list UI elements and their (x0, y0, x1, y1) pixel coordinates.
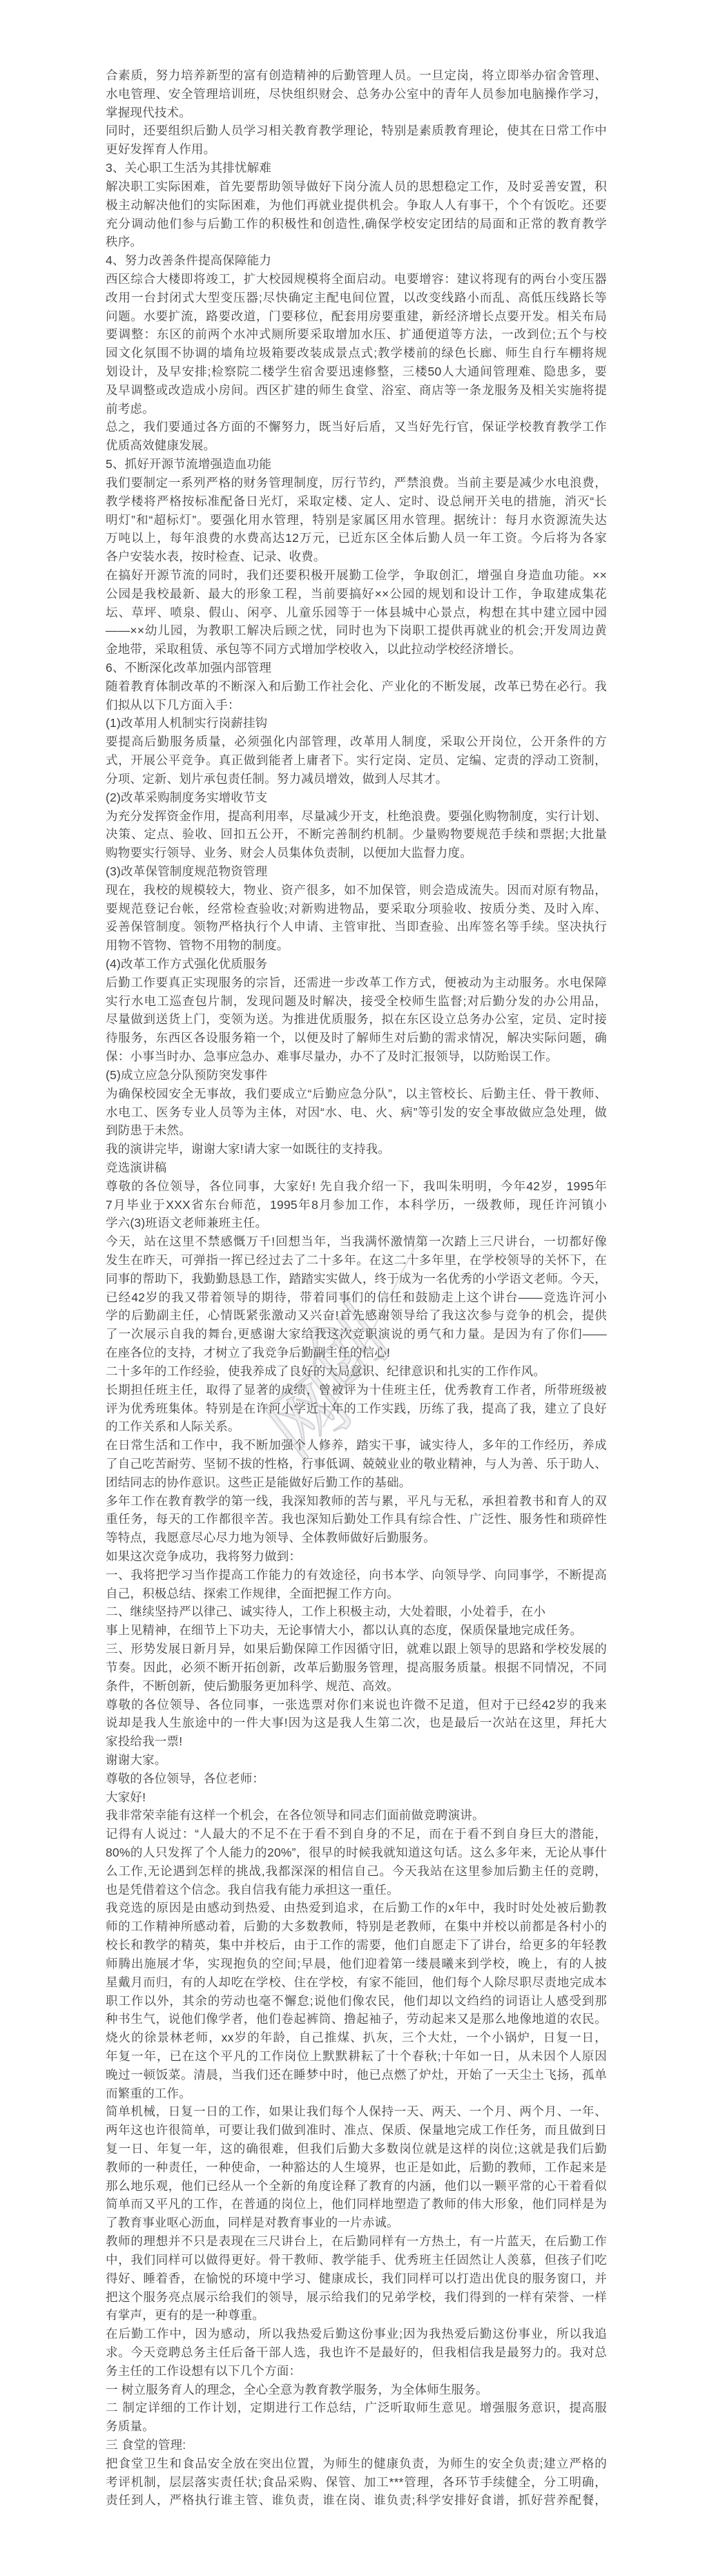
text-line: 西区综合大楼即将竣工，扩大校园规模将全面启动。电要增容：建议将现有的两台小变压器 (106, 270, 607, 289)
text-line: 种书生气，说他们像学者，他们卷起裤筒、撸起袖子，劳动起来又是那么地像地道的农民。 (106, 2010, 607, 2028)
text-line: 的工作关系和人际关系。 (106, 1417, 607, 1436)
text-line: 同事的帮助下，我勤勤恳恳工作，踏踏实实做人，终于成为一名优秀的小学语文老师。今天… (106, 1270, 607, 1288)
text-line: 后勤工作要真正实现服务的宗旨，还需进一步改革工作方式，便被动为主动服务。水电保障 (106, 974, 607, 992)
text-line: 师腾出施展才华，实现抱负的空间;早晨，他们迎着第一缕晨曦来到学校，晚上，有的人披 (106, 1955, 607, 1973)
text-line: 我竞选的原因是由感动到热爱、由热爱到追求，在后勤工作的x年中，我时时处处被后勤教 (106, 1899, 607, 1917)
text-line: 也是凭借着这个信念。我自信我有能力承担这一重任。 (106, 1881, 607, 1899)
text-line: 重任务，每天的工作都很辛苦。我也深知后勤处工作具有综合性、广泛性、服务性和琐碎性 (106, 1510, 607, 1529)
text-line: 二 制定详细的工作计划，定期进行工作总结，广泛听取师生意见。增强服务意识，提高服 (106, 2399, 607, 2417)
text-line: 4、努力改善条件提高保障能力 (106, 251, 607, 270)
text-line: 星戴月而归，有的人却吃在学校、住在学校，有家不能回，他们每个人除尽职尽责地完成本 (106, 1973, 607, 1992)
text-line: 优质高效健康发展。 (106, 436, 607, 455)
text-line: 购物要实行领导、业务、财会人员集体负责制，以便加大监督力度。 (106, 844, 607, 862)
document-page: 创 网 合素质，努力培养新型的富有创造精神的后勤管理人员。一旦定岗，将立即举办宿… (0, 0, 707, 2576)
document-body: 合素质，努力培养新型的富有创造精神的后勤管理人员。一旦定岗，将立即举办宿舍管理、… (106, 66, 607, 2510)
text-line: 在搞好开源节流的同时，我们还要积极开展勤工俭学，争取创汇，增强自身造血功能。×× (106, 566, 607, 585)
text-line: 妥善保管制度。领物严格执行个人申请、主管审批、当即查验、出库签名等手续。坚决执行 (106, 918, 607, 936)
text-line: 7月毕业于XXX省东台师范，1995年8月参加工作，本科学历，一级教师，现任许河… (106, 1196, 607, 1214)
text-line: 在后勤工作中，因为感动，所以我热爱后勤这份事业;因为我热爱后勤这份事业，所以我追 (106, 2325, 607, 2343)
text-line: 大家好! (106, 1788, 607, 1807)
text-line: 了教育事业呕心沥血，同样是对教育事业的一片赤诚。 (106, 2214, 607, 2232)
text-line: 家投给我一票! (106, 1732, 607, 1751)
text-line: 在日常生活和工作中，我不断加强个人修养，踏实干事，诚实待人，多年的工作经历，养成 (106, 1436, 607, 1455)
text-line: 而繁重的工作。 (106, 2084, 607, 2103)
text-line: 已经42岁的我又带着领导的期待，带着同事们的信任和鼓励走上这个讲台——竞选许河小 (106, 1288, 607, 1307)
text-line: 80%的人只发挥了个人能力的20%”，很早的时候我就知道这句话。这么多年来，无论… (106, 1843, 607, 1862)
text-line: 们拟从以下几方面入手： (106, 696, 607, 715)
text-line: 三 食堂的管理: (106, 2436, 607, 2454)
text-line: 晚过一顿饭菜。清晨，当我们还在睡梦中时，他已点燃了炉灶，开始了一天尘土飞扬，孤单 (106, 2066, 607, 2084)
text-line: (1)改革用人机制实行岗薪挂钩 (106, 714, 607, 733)
text-line: 务质量。 (106, 2417, 607, 2436)
text-line: 充分调动他们参与后勤工作的积极性和创造性,确保学校安定团结的局面和正常的教育教学 (106, 215, 607, 233)
text-line: 用物不管物、管物不用物的制度。 (106, 936, 607, 955)
text-line: 两年这也许很简单，可要让我们做到准时、准点、保质、保量地完成工作任务，而且做到日 (106, 2121, 607, 2140)
text-line: 求。今天竞聘总务主任后备干部人选，我也许不是最好的，但我相信我是最努力的。我对总 (106, 2343, 607, 2362)
text-line: 公园是我校最新、最大的形象工程，当前要搞好××公园的规划和设计工作，争取建成集花 (106, 585, 607, 603)
text-line: 那么地乐观，他们已经从一个全新的角度诠释了教育的内涵，他们以一颗平常的心干着看似 (106, 2177, 607, 2196)
text-line: ——××幼儿园，为教职工解决后顾之忧，同时也为下岗职工提供再就业的机会;开发周边… (106, 621, 607, 640)
text-line: 评为优秀班集体。特别是在许河小学近十年的工作实践，历练了我，提高了我，建立了良好 (106, 1400, 607, 1418)
text-line: 事上见精神，在细节上下功夫，无论事情大小，都以认真的态度，保质保量地完成任务。 (106, 1621, 607, 1640)
text-line: 务主任的工作设想有以下几个方面： (106, 2362, 607, 2381)
text-line: 随着教育体制改革的不断深入和后勤工作社会化、产业化的不断发展，改革已势在必行。我 (106, 677, 607, 696)
text-line: 更好发挥育人作用。 (106, 140, 607, 159)
text-line: 各户安装水表，按时检查、记录、收费。 (106, 548, 607, 566)
text-line: 尊敬的各位领导，各位同事，大家好! 先自我介绍一下，我叫朱明明，今年42岁，19… (106, 1177, 607, 1196)
text-line: 金地带，采取租赁、承包等不同方式增加学校收入，以此拉动学校经济增长。 (106, 640, 607, 659)
text-line: 了一次展示自我的舞台,更感谢大家给我这次竞职演说的勇气和力量。是因为有了你们—— (106, 1325, 607, 1344)
text-line: 教师的一种责任，一种使命，一种豁达的人生境界，也正是如此，后勤的教师，工作起来是 (106, 2158, 607, 2177)
text-line: 一、我将把学习当作提高工作能力的有效途径，向书本学、向领导学、向同事学，不断提高 (106, 1566, 607, 1585)
text-line: 长期担任班主任，取得了显著的成绩，曾被评为十佳班主任，优秀教育工作者，所带班级被 (106, 1381, 607, 1400)
text-line: 教学楼将严格按标准配备日光灯，采取定楼、定人、定时、设总闸开关电的措施，消灭“长 (106, 492, 607, 511)
text-line: 把食堂卫生和食品安全放在突出位置，为师生的健康负责，为师生的安全负责;建立严格的 (106, 2454, 607, 2473)
text-line: 要调整：东区的前两个水冲式厕所要采取增加水压、扩通便道等方法，一改到位;五个与校 (106, 325, 607, 344)
text-line: 三、形势发展日新月异，如果后勤保障工作因循守旧，就难以跟上领导的思路和学校发展的 (106, 1640, 607, 1658)
text-line: 师的工作精神所感动着，后勤的大多数教师，特别是老教师，在集中并校以前都是各村小的 (106, 1917, 607, 1936)
text-line: 秩序。 (106, 233, 607, 251)
text-line: 在座各位的支持，才树立了我竞争后勤副主任的信心! (106, 1344, 607, 1362)
text-line: 校长和教学的精英，集中并校后，由于工作的需要，他们自愿走下了讲台，给更多的年轻教 (106, 1936, 607, 1955)
text-line: 要提高后勤服务质量，必须强化内部管理，改革用人制度，采取公开岗位，公开条件的方 (106, 733, 607, 751)
text-line: 待服务，东西区各设服务箱一个，以便及时了解师生对后勤的需求情况，解决实际问题，确 (106, 1029, 607, 1047)
text-line: 我非常荣幸能有这样一个机会，在各位领导和同志们面前做竞聘演讲。 (106, 1806, 607, 1825)
text-line: 多年工作在教育教学的第一线，我深知教师的苦与累，平凡与无私，承担着教书和育人的双 (106, 1492, 607, 1511)
text-line: 自己，积极总结、探索工作规律，全面把握工作方向。 (106, 1585, 607, 1603)
text-line: 总之，我们要通过各方面的不懈努力，既当好后盾，又当好先行官，保证学校教育教学工作 (106, 418, 607, 436)
text-line: 要规范登记台帐，经常检查验收;对新购进物品，要采取分项验收、按质分类、及时入库、 (106, 900, 607, 918)
text-line: 水电管理、安全管理培训班，尽快组织财会、总务办公室中的青年人员参加电脑操作学习， (106, 85, 607, 104)
text-line: 记得有人说过：“人最大的不足不在于看不到自身的不足，而在于看不到自身巨大的潜能， (106, 1825, 607, 1843)
text-line: 前考虑。 (106, 400, 607, 418)
text-line: 职工作以外，其余的劳动也毫不懈怠;说他们像农民，他们却以文绉绉的词语让人感受到那 (106, 1992, 607, 2011)
text-line: 中，我们同样可以做得更好。骨干教师、教学能手、优秀班主任固然让人羡慕，但孩子们吃 (106, 2251, 607, 2269)
text-line: 水电工、医务专业人员等为主体，对因“水、电、火、病”等引发的安全事故做应急处理，… (106, 1103, 607, 1122)
text-line: 保：小事当时办、急事应急办、难事尽量办，办不了及时汇报领导，以防贻误工作。 (106, 1047, 607, 1066)
text-line: 二、继续坚持严以律己、诚实待人，工作上积极主动，大处着眼，小处着手，在小 (106, 1602, 607, 1621)
text-line: 明灯”和“超标灯”。要强化用水管理，特别是家属区用水管理。据统计：每月水资源流失… (106, 511, 607, 530)
text-line: 一 树立服务育人的理念，全心全意为教育教学服务，为全体师生服务。 (106, 2381, 607, 2399)
text-line: 谢谢大家。 (106, 1751, 607, 1770)
text-line: 为充分发挥资金作用，提高利用率，尽量减少开支，杜绝浪费。要强化购物制度，实行计划… (106, 807, 607, 826)
text-line: 学的后勤副主任，心情既紧张激动又兴奋!首先感谢领导给了我这次参与竞争的机会，提供 (106, 1306, 607, 1325)
text-line: 么工作,无论遇到怎样的挑战,我都深深的相信自己。今天我站在这里参加后勤主任的竞聘… (106, 1862, 607, 1881)
text-line: 划设计，及早安排;检察院二楼学生宿舍要迅速修整，三楼50人大通间管理难、隐患多，… (106, 362, 607, 381)
text-line: 复一日、年复一年，这的确很难，但我们后勤大多数岗位就是这样的岗位;这就是我们后勤 (106, 2140, 607, 2158)
text-line: 节奏。因此，必须不断开拓创新，改革后勤服务管理，提高服务质量。根据不同情况，不同 (106, 1658, 607, 1677)
text-line: 万吨以上，每年浪费的水费高达12万元，已近东区全体后勤人员一年工资。今后将为各家 (106, 529, 607, 548)
text-line: 了自己吃苦耐劳、坚韧不拔的性格，行事低调、兢兢业业的敬业精神，与人为善、乐于助人… (106, 1455, 607, 1473)
text-line: (3)改革保管制度规范物资管理 (106, 862, 607, 881)
text-line: 极主动解决他们的实际困难，为他们再就业提供机会。争取人人有事干，个个有饭吃。还要 (106, 196, 607, 215)
text-line: 尽量做到送货上门，变领为送。为推进优质服务，拟在东区设立总务办公室，定员、定时接 (106, 1010, 607, 1029)
text-line: 现在，我校的规模较大，物业、资产很多，如不加保管，则会造成流失。因而对原有物品， (106, 881, 607, 900)
text-line: 等特点，我愿意尽心尽力地为领导、全体教师做好后勤服务。 (106, 1529, 607, 1547)
text-line: 竞选演讲稿 (106, 1159, 607, 1177)
text-line: 决策、定点、验收、回扣五公开，不断完善制约机制。少量购物要规范手续和票据;大批量 (106, 825, 607, 844)
text-line: 年复一年，已在这个平凡的工作岗位上默默耕耘了十个春秋;十年如一日，从未因个人原因 (106, 2047, 607, 2066)
text-line: 得好、睡着香，在愉悦的环境中学习、健康成长，我们同样可以打造出优良的服务窗口，并 (106, 2269, 607, 2288)
text-line: 同时，还要组织后勤人员学习相关教育教学理论，特别是素质教育理论，使其在日常工作中 (106, 122, 607, 140)
text-line: 到防患于未然。 (106, 1121, 607, 1140)
text-line: (5)成立应急分队预防突发事件 (106, 1066, 607, 1085)
text-line: 及早调整或改造成小房间。西区扩建的师生食堂、浴室、商店等一条龙服务及相关实施将提 (106, 381, 607, 400)
text-line: 条件，不断创新，使后勤服务更加科学、规范、高效。 (106, 1677, 607, 1696)
text-line: 解决职工实际困难，首先要帮助领导做好下岗分流人员的思想稳定工作，及时妥善安置，积 (106, 177, 607, 196)
text-line: 分项、定新、划片承包责任制。努力减员增效，做到人尽其才。 (106, 770, 607, 788)
text-line: 今天，站在这里不禁感慨万千!回想当年，当我满怀激情第一次踏上三尺讲台，一切都好像 (106, 1232, 607, 1251)
text-line: 发生在昨天，可弹指一挥已经过去了二十多年。在这二十多年里，在学校领导的关怀下，在 (106, 1251, 607, 1270)
text-line: 如果这次竞争成功，我将努力做到： (106, 1547, 607, 1566)
text-line: (2)改革采购制度务实增收节支 (106, 788, 607, 807)
text-line: 问题。水要扩流，路要改道，门要移位，配套用房要重建，新经济增长点要开发。相关布局 (106, 307, 607, 326)
text-line: 5、抓好开源节流增强造血功能 (106, 455, 607, 474)
text-line: 考评机制，层层落实责任状;食品采购、保管、加工***管理，各环节手续健全，分工明… (106, 2473, 607, 2492)
text-line: 尊敬的各位领导，各位老师： (106, 1770, 607, 1788)
text-line: 园文化氛围不协调的墙角垃圾箱要改装成景点式;教学楼前的绿色长廊、师生自行车棚将规 (106, 344, 607, 362)
text-line: 我的演讲完毕，谢谢大家!请大家一如既往的支持我。 (106, 1140, 607, 1159)
text-line: 简单机械，日复一日的工作，如果让我们每个人保持一天、两天、一个月、两个月、一年、 (106, 2102, 607, 2121)
text-line: 说却是我人生旅途中的一件大事!因为这是我人生第二次，也是最后一次站在这里，拜托大 (106, 1714, 607, 1732)
text-line: 6、不断深化改革加强内部管理 (106, 659, 607, 677)
text-line: 合素质，努力培养新型的富有创造精神的后勤管理人员。一旦定岗，将立即举办宿舍管理、 (106, 66, 607, 85)
text-line: 掌握现代技术。 (106, 104, 607, 122)
text-line: 团结同志的协作意识。这些正是能做好后勤工作的基础。 (106, 1473, 607, 1492)
text-line: 实行水电工巡查包片制，发现问题及时解决，接受全校师生监督;对后勤分发的办公用品， (106, 992, 607, 1011)
text-line: 式，开展公平竞争。真正做到能者上庸者下。实行定岗、定员、定编、定责的浮动工资制， (106, 751, 607, 770)
text-line: (4)改革工作方式强化优质服务 (106, 955, 607, 974)
text-line: 尊敬的各位领导、各位同事，一张选票对你们来说也许微不足道，但对于已经42岁的我来 (106, 1696, 607, 1714)
text-line: 3、关心职工生活为其排忧解难 (106, 159, 607, 177)
text-line: 改用一台封闭式大型变压器;尽快确定主配电间位置，以改变线路小而乱、高低压线路长等 (106, 289, 607, 307)
text-line: 为确保校园安全无事故，我们要成立“后勤应急分队”，以主管校长、后勤主任、骨干教师… (106, 1085, 607, 1103)
text-line: 责任到人，严格执行谁主管、谁负责，谁在岗、谁负责;科学安排好食谱，抓好营养配餐， (106, 2491, 607, 2510)
text-line: 把这个服务亮点展示给我们的领导，展示给我们的兄弟学校，我们得到的一样有荣誉、一样 (106, 2288, 607, 2307)
text-line: 有掌声，更有的是一种尊重。 (106, 2306, 607, 2325)
text-line: 我们要制定一系列严格的财务管理制度，厉行节约，严禁浪费。当前主要是减少水电浪费， (106, 474, 607, 492)
text-line: 学六(3)班语文老师兼班主任。 (106, 1214, 607, 1232)
text-line: 教师的理想并不只是表现在三尺讲台上，在后勤同样有一方热土，有一片蓝天，在后勤工作 (106, 2232, 607, 2251)
text-line: 烧火的徐景林老师，xx岁的年龄，自己推煤、扒灰，三个大灶，一个小锅炉，日复一日， (106, 2028, 607, 2047)
text-line: 简单而又平凡的工作，在普通的岗位上，他们同样地塑造了教师的伟大形象，他们同样是为 (106, 2195, 607, 2214)
text-line: 二十多年的工作经验，使我养成了良好的大局意识、纪律意识和扎实的工作作风。 (106, 1362, 607, 1381)
text-line: 坛、草坪、喷泉、假山、闲亭、儿童乐园等于一体县城中心景点，构想在其中建立园中园 (106, 603, 607, 622)
